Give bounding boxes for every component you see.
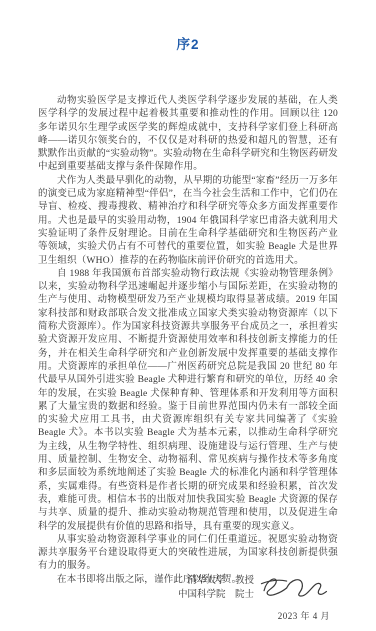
preface-body: 动物实验医学是支撑近代人类医学科学逐步发展的基础，在人类医学科学的发展过程中起着… [38, 95, 338, 587]
signature-date: 2023 年 4 月 [178, 609, 336, 622]
paragraph-4: 从事实验动物资源科学事业的同仁们任重道远。祝愿实验动物资源共享服务平台建设取得更… [38, 534, 338, 574]
affiliation-line-2: 中国科学院 院士 [178, 588, 254, 602]
handwritten-signature-icon [258, 571, 336, 605]
page-title: 序2 [0, 33, 376, 53]
paragraph-2: 犬作为人类最早驯化的动物，从早期的功能型“家畜”经历一万多年的演变已成为家庭精神… [38, 175, 338, 268]
document-page: 序2 动物实验医学是支撑近代人类医学科学逐步发展的基础，在人类医学科学的发展过程… [0, 0, 376, 631]
signature-block: 清华大学 教授 中国科学院 院士 2023 年 4 月 [178, 571, 336, 622]
author-affiliations: 清华大学 教授 中国科学院 院士 [178, 574, 254, 602]
signature-row: 清华大学 教授 中国科学院 院士 [178, 571, 336, 605]
paragraph-1: 动物实验医学是支撑近代人类医学科学逐步发展的基础，在人类医学科学的发展过程中起着… [38, 95, 338, 175]
paragraph-3: 自 1988 年我国颁布首部实验动物行政法规《实验动物管理条例》以来，实验动物科… [38, 268, 338, 534]
affiliation-line-1: 清华大学 教授 [178, 574, 254, 588]
